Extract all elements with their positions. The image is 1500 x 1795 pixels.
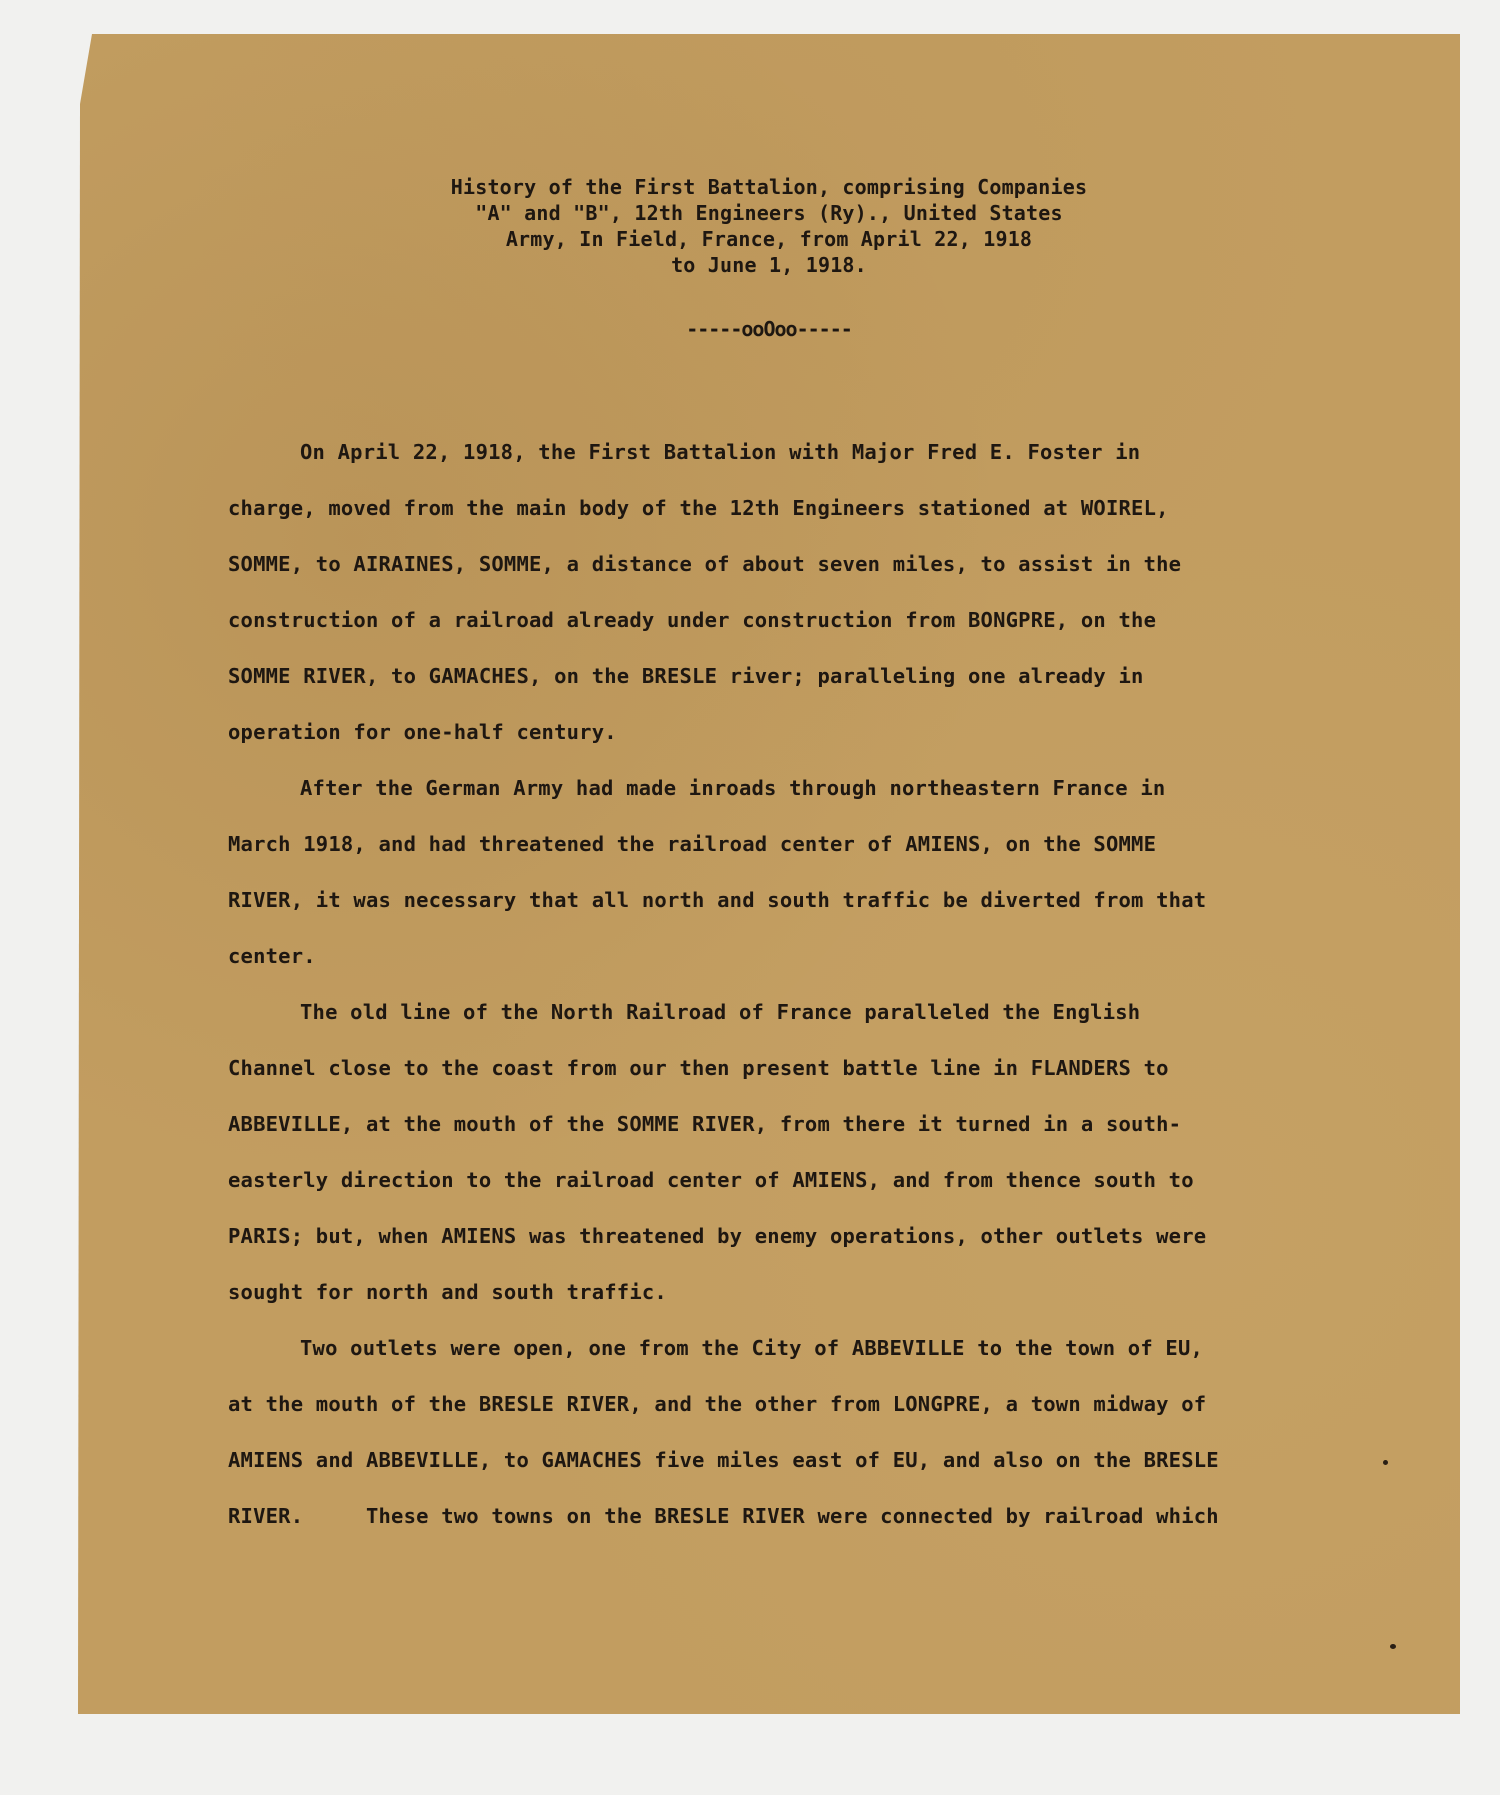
paragraph-1-line: construction of a railroad already under…: [228, 592, 1408, 648]
document-body: On April 22, 1918, the First Battalion w…: [228, 424, 1408, 1544]
paragraph-4-line: RIVER. These two towns on the BRESLE RIV…: [228, 1488, 1408, 1544]
paragraph-2-line: March 1918, and had threatened the railr…: [228, 816, 1408, 872]
title-line: Army, In Field, France, from April 22, 1…: [78, 226, 1460, 252]
paragraph-3-line: PARIS; but, when AMIENS was threatened b…: [228, 1208, 1408, 1264]
ink-speck: [1390, 1644, 1396, 1649]
paragraph-4-line: at the mouth of the BRESLE RIVER, and th…: [228, 1376, 1408, 1432]
title-line: "A" and "B", 12th Engineers (Ry)., Unite…: [78, 200, 1460, 226]
paragraph-1-line: On April 22, 1918, the First Battalion w…: [228, 424, 1408, 480]
paragraph-3-line: easterly direction to the railroad cente…: [228, 1152, 1408, 1208]
paragraph-4-line: Two outlets were open, one from the City…: [228, 1320, 1408, 1376]
title-separator: -----ooOoo-----: [78, 317, 1460, 341]
paragraph-1-line: charge, moved from the main body of the …: [228, 480, 1408, 536]
paragraph-4-line: AMIENS and ABBEVILLE, to GAMACHES five m…: [228, 1432, 1408, 1488]
paragraph-3-line: ABBEVILLE, at the mouth of the SOMME RIV…: [228, 1096, 1408, 1152]
paragraph-1-line: SOMME, to AIRAINES, SOMME, a distance of…: [228, 536, 1408, 592]
typed-document-page: History of the First Battalion, comprisi…: [78, 34, 1460, 1714]
title-line: to June 1, 1918.: [78, 252, 1460, 278]
paragraph-2-line: center.: [228, 928, 1408, 984]
title-line: History of the First Battalion, comprisi…: [78, 174, 1460, 200]
paragraph-3-line: sought for north and south traffic.: [228, 1264, 1408, 1320]
paragraph-1-line: SOMME RIVER, to GAMACHES, on the BRESLE …: [228, 648, 1408, 704]
paragraph-3-line: The old line of the North Railroad of Fr…: [228, 984, 1408, 1040]
paragraph-1-line: operation for one-half century.: [228, 704, 1408, 760]
document-title: History of the First Battalion, comprisi…: [78, 174, 1460, 278]
paragraph-3-line: Channel close to the coast from our then…: [228, 1040, 1408, 1096]
ink-speck: [1383, 1460, 1388, 1465]
paragraph-2-line: After the German Army had made inroads t…: [228, 760, 1408, 816]
paragraph-2-line: RIVER, it was necessary that all north a…: [228, 872, 1408, 928]
